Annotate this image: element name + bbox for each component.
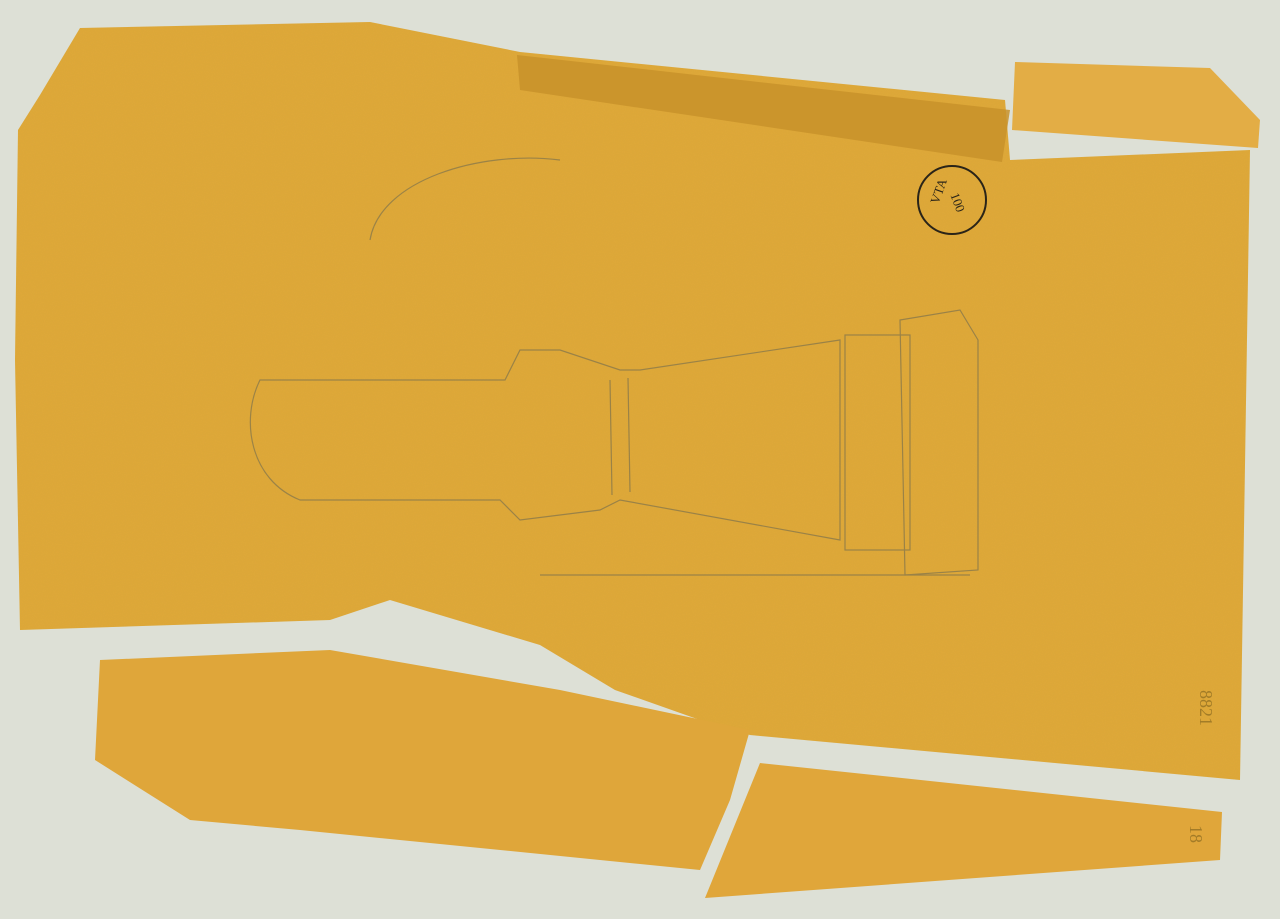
paper-fragment-strip bbox=[705, 763, 1222, 898]
margin-note-bottom: 18 bbox=[1186, 825, 1206, 843]
photo-scene: VTA 100 8821 18 bbox=[0, 0, 1280, 919]
paper-corner-piece bbox=[1012, 62, 1260, 148]
margin-note-vertical: 8821 bbox=[1196, 690, 1216, 726]
